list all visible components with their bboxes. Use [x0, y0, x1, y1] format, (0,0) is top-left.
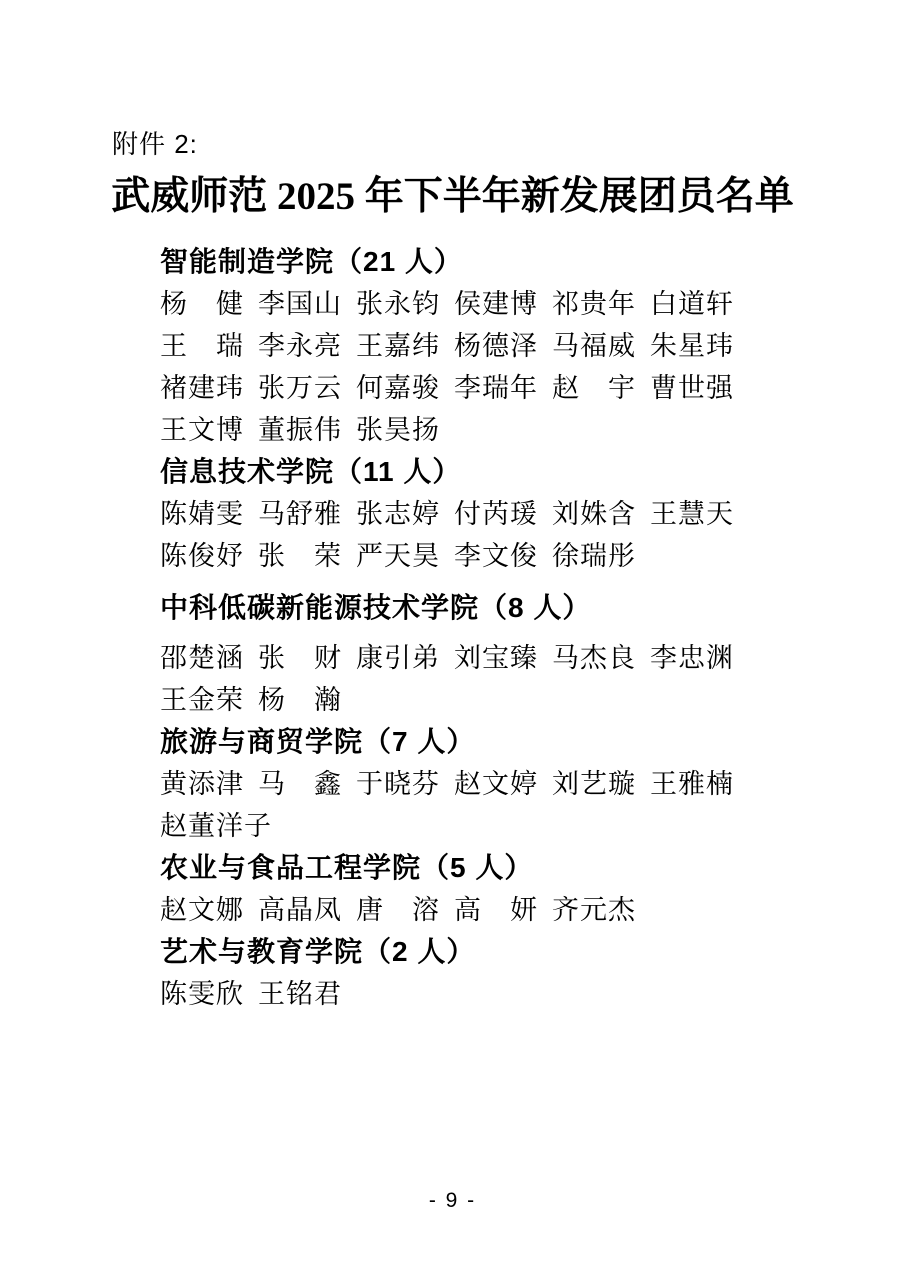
member-name: 王慧天 [650, 493, 734, 535]
member-name: 高晶凤 [258, 889, 342, 931]
member-name: 杨 健 [160, 283, 244, 325]
member-name: 李永亮 [258, 325, 342, 367]
member-name: 王雅楠 [650, 763, 734, 805]
member-name: 高 妍 [454, 889, 538, 931]
member-name: 马福威 [552, 325, 636, 367]
member-name: 齐元杰 [552, 889, 636, 931]
member-name: 于晓芬 [356, 763, 440, 805]
member-name: 王铭君 [258, 973, 342, 1015]
member-row: 褚建玮张万云何嘉骏李瑞年赵 宇曹世强 [160, 367, 740, 409]
member-name: 曹世强 [650, 367, 734, 409]
member-name: 陈雯欣 [160, 973, 244, 1015]
section-header: 智能制造学院（21 人） [160, 241, 740, 283]
member-name: 李国山 [258, 283, 342, 325]
member-name: 褚建玮 [160, 367, 244, 409]
member-row: 赵董洋子 [160, 805, 740, 847]
member-name: 李文俊 [454, 535, 538, 577]
section-header: 艺术与教育学院（2 人） [160, 931, 740, 973]
member-row: 王 瑞李永亮王嘉纬杨德泽马福威朱星玮 [160, 325, 740, 367]
member-row: 陈婧雯马舒雅张志婷付芮瑗刘姝含王慧天 [160, 493, 740, 535]
member-row: 王文博董振伟张昊扬 [160, 409, 740, 451]
member-name: 赵 宇 [552, 367, 636, 409]
section-header: 农业与食品工程学院（5 人） [160, 847, 740, 889]
member-name: 刘姝含 [552, 493, 636, 535]
member-name: 李瑞年 [454, 367, 538, 409]
member-name: 张 荣 [258, 535, 342, 577]
member-name: 朱星玮 [650, 325, 734, 367]
member-name: 董振伟 [258, 409, 342, 451]
member-name: 祁贵年 [552, 283, 636, 325]
member-name: 陈婧雯 [160, 493, 244, 535]
member-name: 张万云 [258, 367, 342, 409]
section-header: 信息技术学院（11 人） [160, 451, 740, 493]
section-header: 中科低碳新能源技术学院（8 人） [160, 587, 740, 629]
member-name: 陈俊妤 [160, 535, 244, 577]
member-name: 唐 溶 [356, 889, 440, 931]
member-name: 白道轩 [650, 283, 734, 325]
member-name: 张永钧 [356, 283, 440, 325]
member-name: 赵文婷 [454, 763, 538, 805]
member-name: 刘宝臻 [454, 637, 538, 679]
member-name: 王金荣 [160, 679, 244, 721]
member-name: 赵文娜 [160, 889, 244, 931]
member-name: 张昊扬 [356, 409, 440, 451]
member-name: 赵董洋子 [160, 805, 272, 847]
member-name: 刘艺璇 [552, 763, 636, 805]
member-name: 杨德泽 [454, 325, 538, 367]
member-name: 黄添津 [160, 763, 244, 805]
member-name: 马 鑫 [258, 763, 342, 805]
member-name: 杨 瀚 [258, 679, 342, 721]
member-row: 陈俊妤张 荣严天昊李文俊徐瑞彤 [160, 535, 740, 577]
member-row: 陈雯欣王铭君 [160, 973, 740, 1015]
member-name: 徐瑞彤 [552, 535, 636, 577]
member-name: 康引弟 [356, 637, 440, 679]
member-name: 王文博 [160, 409, 244, 451]
member-row: 邵楚涵张 财康引弟刘宝臻马杰良李忠渊 [160, 637, 740, 679]
section-header: 旅游与商贸学院（7 人） [160, 721, 740, 763]
member-name: 何嘉骏 [356, 367, 440, 409]
member-name: 侯建博 [454, 283, 538, 325]
sections-container: 智能制造学院（21 人）杨 健李国山张永钧侯建博祁贵年白道轩王 瑞李永亮王嘉纬杨… [160, 241, 740, 1015]
member-name: 王 瑞 [160, 325, 244, 367]
attachment-label: 附件 2: [112, 128, 198, 160]
document-title: 武威师范 2025 年下半年新发展团员名单 [0, 172, 905, 222]
document-page: 附件 2: 武威师范 2025 年下半年新发展团员名单 智能制造学院（21 人）… [0, 0, 905, 1280]
member-name: 马杰良 [552, 637, 636, 679]
member-name: 付芮瑗 [454, 493, 538, 535]
member-row: 杨 健李国山张永钧侯建博祁贵年白道轩 [160, 283, 740, 325]
member-name: 王嘉纬 [356, 325, 440, 367]
member-name: 马舒雅 [258, 493, 342, 535]
member-row: 黄添津马 鑫于晓芬赵文婷刘艺璇王雅楠 [160, 763, 740, 805]
member-row: 赵文娜高晶凤唐 溶高 妍齐元杰 [160, 889, 740, 931]
page-number: - 9 - [0, 1186, 905, 1216]
member-name: 严天昊 [356, 535, 440, 577]
member-row: 王金荣杨 瀚 [160, 679, 740, 721]
member-name: 邵楚涵 [160, 637, 244, 679]
member-name: 李忠渊 [650, 637, 734, 679]
member-name: 张 财 [258, 637, 342, 679]
member-name: 张志婷 [356, 493, 440, 535]
